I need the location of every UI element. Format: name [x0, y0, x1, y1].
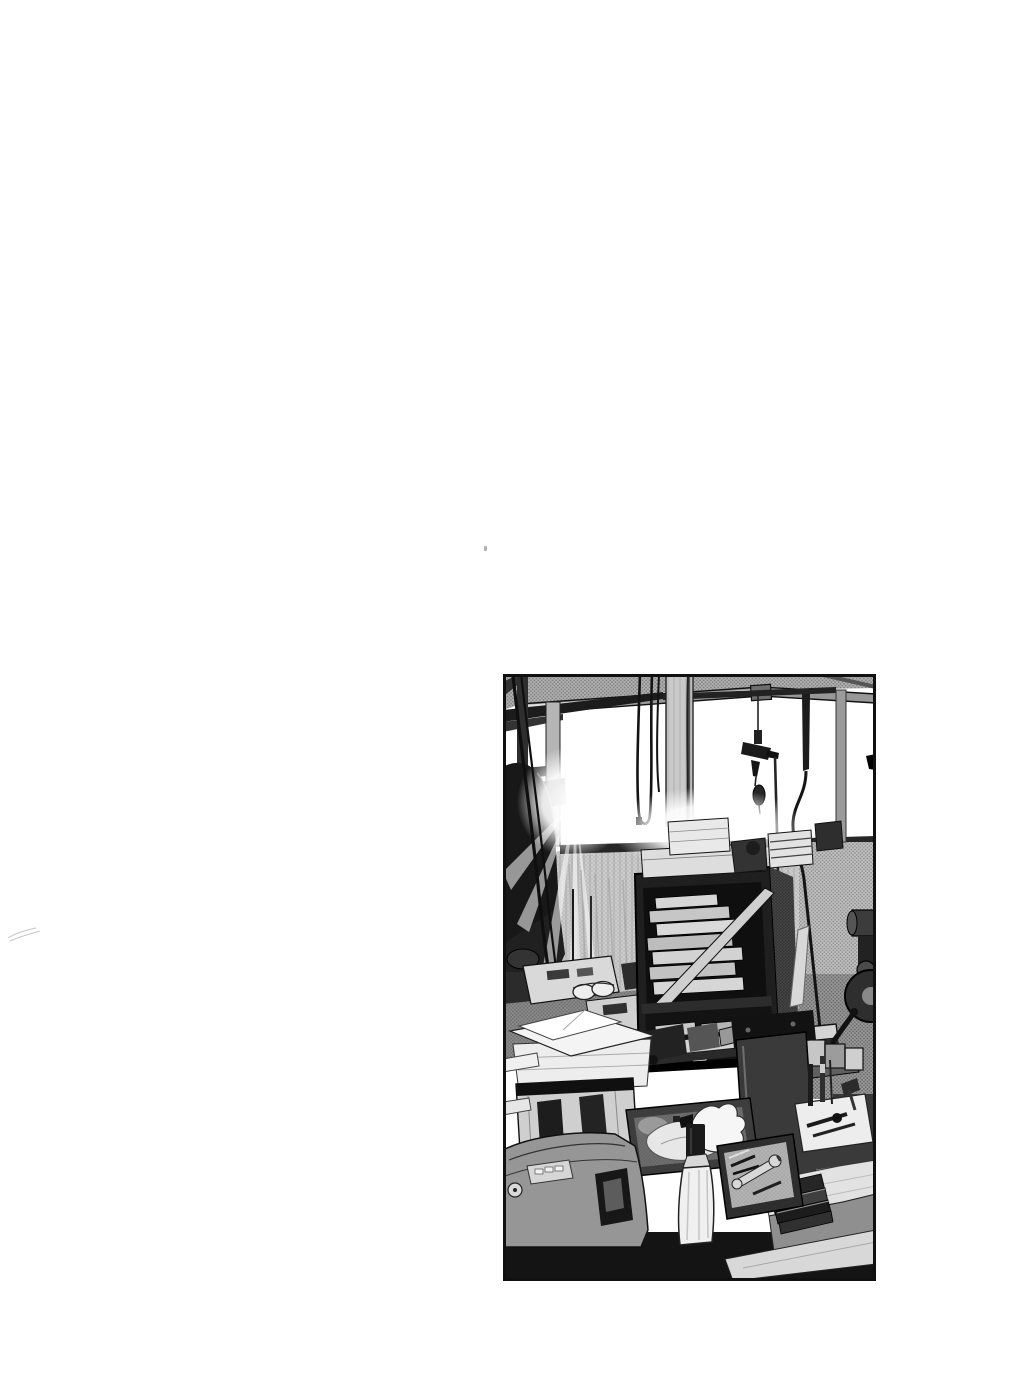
screwdriver	[808, 1064, 813, 1106]
manga-panel	[503, 674, 876, 1281]
vented-box	[768, 830, 813, 868]
toolbox	[717, 1134, 803, 1219]
portable-stereo	[503, 1133, 648, 1247]
right-post	[836, 690, 846, 842]
workshop-illustration	[503, 674, 876, 1281]
print-speck	[484, 546, 487, 551]
screwdriver	[820, 1056, 825, 1102]
pencil-squiggle	[6, 920, 50, 946]
manga-page	[0, 0, 1011, 1400]
